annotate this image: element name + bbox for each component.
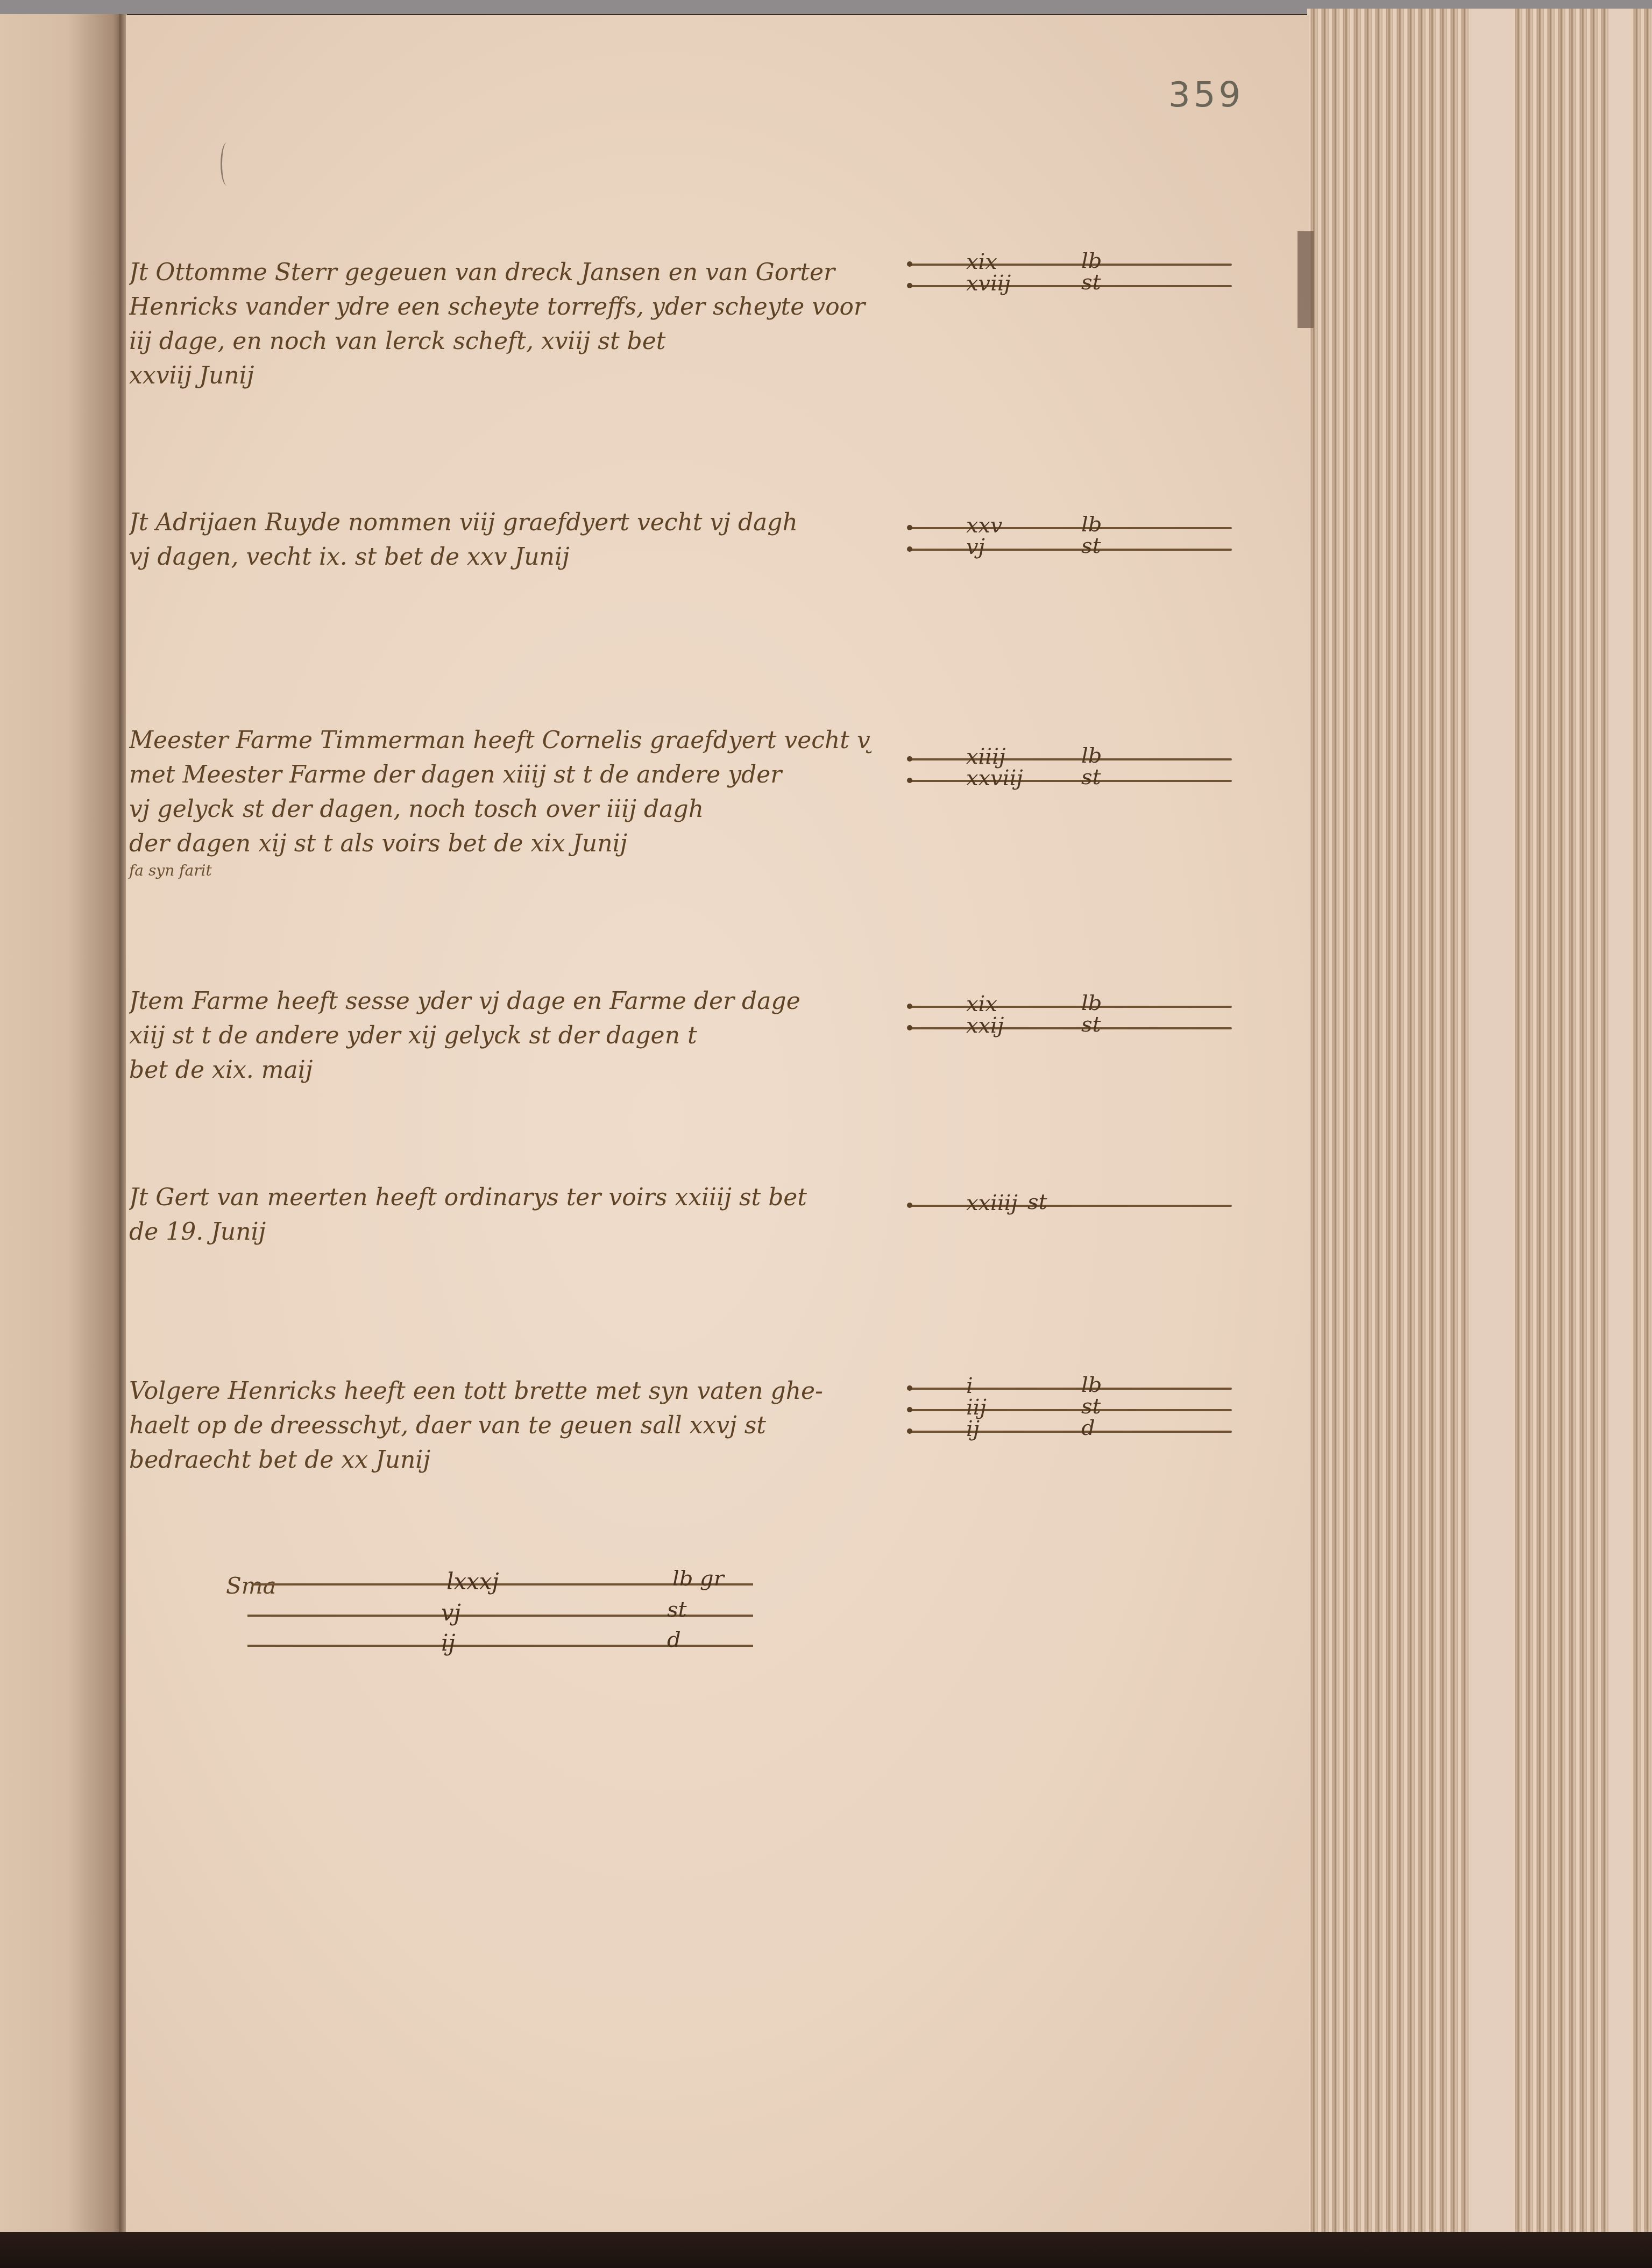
amount-row: xixlb xyxy=(909,253,1232,274)
sum-unit: d xyxy=(667,1627,681,1652)
folio-number: 359 xyxy=(1168,75,1244,115)
amount-row: xxijst xyxy=(909,1016,1232,1038)
sum-unit: st xyxy=(667,1597,687,1622)
margin-note: fa syn farit xyxy=(129,861,871,880)
amount-unit: st xyxy=(1081,765,1101,790)
entry-amount: xxvlb vjst xyxy=(909,516,1232,559)
entry-line: bet de xix. maij xyxy=(129,1053,871,1087)
sum-value: lxxxj xyxy=(446,1568,499,1595)
entry-line: Meester Farme Timmerman heeft Cornelis g… xyxy=(129,723,871,758)
entry-line: Jt Ottomme Sterr gegeuen van dreck Janse… xyxy=(129,255,871,290)
amount-unit: st xyxy=(1081,1012,1101,1037)
amount-unit: st xyxy=(1027,1190,1047,1214)
sum-row: lxxxjlb gr xyxy=(253,1570,753,1594)
entry-line: vj dagen, vecht ix. st bet de xxv Junij xyxy=(129,540,871,574)
entry-line: iij dage, en noch van lerck scheft, xvii… xyxy=(129,324,871,359)
entry-line: Jt Gert van meerten heeft ordinarys ter … xyxy=(129,1181,871,1215)
amount-unit: st xyxy=(1081,534,1101,558)
entry-amount: xxiiijst xyxy=(909,1194,1232,1215)
amount-rule xyxy=(909,1409,1232,1411)
entry-line: Henricks vander ydre een scheyte torreff… xyxy=(129,290,871,324)
amount-value: vj xyxy=(963,535,988,559)
ledger-entry: Meester Farme Timmerman heeft Cornelis g… xyxy=(129,723,871,880)
margin-pencil-mark xyxy=(221,143,233,186)
amount-value: xxiiij xyxy=(963,1191,1021,1215)
amount-row: xviijst xyxy=(909,274,1232,296)
amount-row: xxviijst xyxy=(909,769,1232,791)
page-edge-light-band xyxy=(1608,9,1630,2241)
ledger-entry: Jt Ottomme Sterr gegeuen van dreck Janse… xyxy=(129,255,871,393)
entry-line: haelt op de dreesschyt, daer van te geue… xyxy=(129,1409,871,1443)
amount-rule xyxy=(909,1027,1232,1029)
amount-rule xyxy=(909,527,1232,529)
ledger-entry: Jt Adrijaen Ruyde nommen viij graefdyert… xyxy=(129,506,871,574)
entry-amount: xixlb xxijst xyxy=(909,995,1232,1038)
entry-line: Jt Adrijaen Ruyde nommen viij graefdyert… xyxy=(129,506,871,540)
amount-value: xxviij xyxy=(963,766,1026,791)
sum-unit: lb gr xyxy=(672,1566,724,1591)
page-edge-light-band xyxy=(1469,9,1512,2241)
entry-line: xiij st t de andere yder xij gelyck st d… xyxy=(129,1019,871,1053)
amount-row: ilb xyxy=(909,1377,1232,1398)
ledger-entry: Volgere Henricks heeft een tott brette m… xyxy=(129,1374,871,1477)
sum-value: ij xyxy=(441,1630,455,1656)
amount-unit: d xyxy=(1081,1416,1095,1440)
sum-value: vj xyxy=(441,1599,461,1626)
entry-line: Volgere Henricks heeft een tott brette m… xyxy=(129,1374,871,1409)
amount-row: xxiiijst xyxy=(909,1194,1232,1215)
amount-value: xxij xyxy=(963,1013,1007,1038)
amount-value: ij xyxy=(963,1417,983,1441)
amount-rule xyxy=(909,264,1232,266)
entry-line: vj gelyck st der dagen, noch tosch over … xyxy=(129,792,871,827)
entry-line: bedraecht bet de xx Junij xyxy=(129,1443,871,1477)
amount-rule xyxy=(909,1205,1232,1207)
edge-ink-stain xyxy=(1298,231,1314,328)
entry-line: Jtem Farme heeft sesse yder vj dage en F… xyxy=(129,984,871,1019)
amount-row: iijst xyxy=(909,1398,1232,1420)
entry-amount: xiiijlb xxviijst xyxy=(909,748,1232,791)
amount-rule xyxy=(909,1388,1232,1390)
scan-bottom-shadow xyxy=(0,2232,1652,2268)
entry-line: de 19. Junij xyxy=(129,1215,871,1249)
amount-rule xyxy=(909,1006,1232,1008)
amount-rule xyxy=(909,1431,1232,1433)
page-edges-stack xyxy=(1307,9,1652,2241)
amount-row: xxvlb xyxy=(909,516,1232,538)
amount-rule xyxy=(909,780,1232,782)
amount-row: xixlb xyxy=(909,995,1232,1016)
amount-rule xyxy=(909,758,1232,760)
entry-amount: xixlb xviijst xyxy=(909,253,1232,296)
sum-row: vjst xyxy=(247,1602,753,1625)
entry-line: xxviij Junij xyxy=(129,359,871,393)
amount-value: xviij xyxy=(963,271,1014,296)
amount-row: xiiijlb xyxy=(909,748,1232,769)
entry-line: met Meester Farme der dagen xiiij st t d… xyxy=(129,758,871,792)
amount-rule xyxy=(909,285,1232,287)
entry-line: der dagen xij st t als voirs bet de xix … xyxy=(129,827,871,861)
ledger-entry: Jt Gert van meerten heeft ordinarys ter … xyxy=(129,1181,871,1249)
amount-row: ijd xyxy=(909,1420,1232,1441)
amount-unit: st xyxy=(1081,270,1101,295)
entry-amount: ilb iijst ijd xyxy=(909,1377,1232,1441)
sum-row: ijd xyxy=(247,1632,753,1655)
left-page-edge xyxy=(0,14,123,2246)
amount-row: vjst xyxy=(909,538,1232,559)
amount-rule xyxy=(909,549,1232,551)
ledger-entry: Jtem Farme heeft sesse yder vj dage en F… xyxy=(129,984,871,1087)
